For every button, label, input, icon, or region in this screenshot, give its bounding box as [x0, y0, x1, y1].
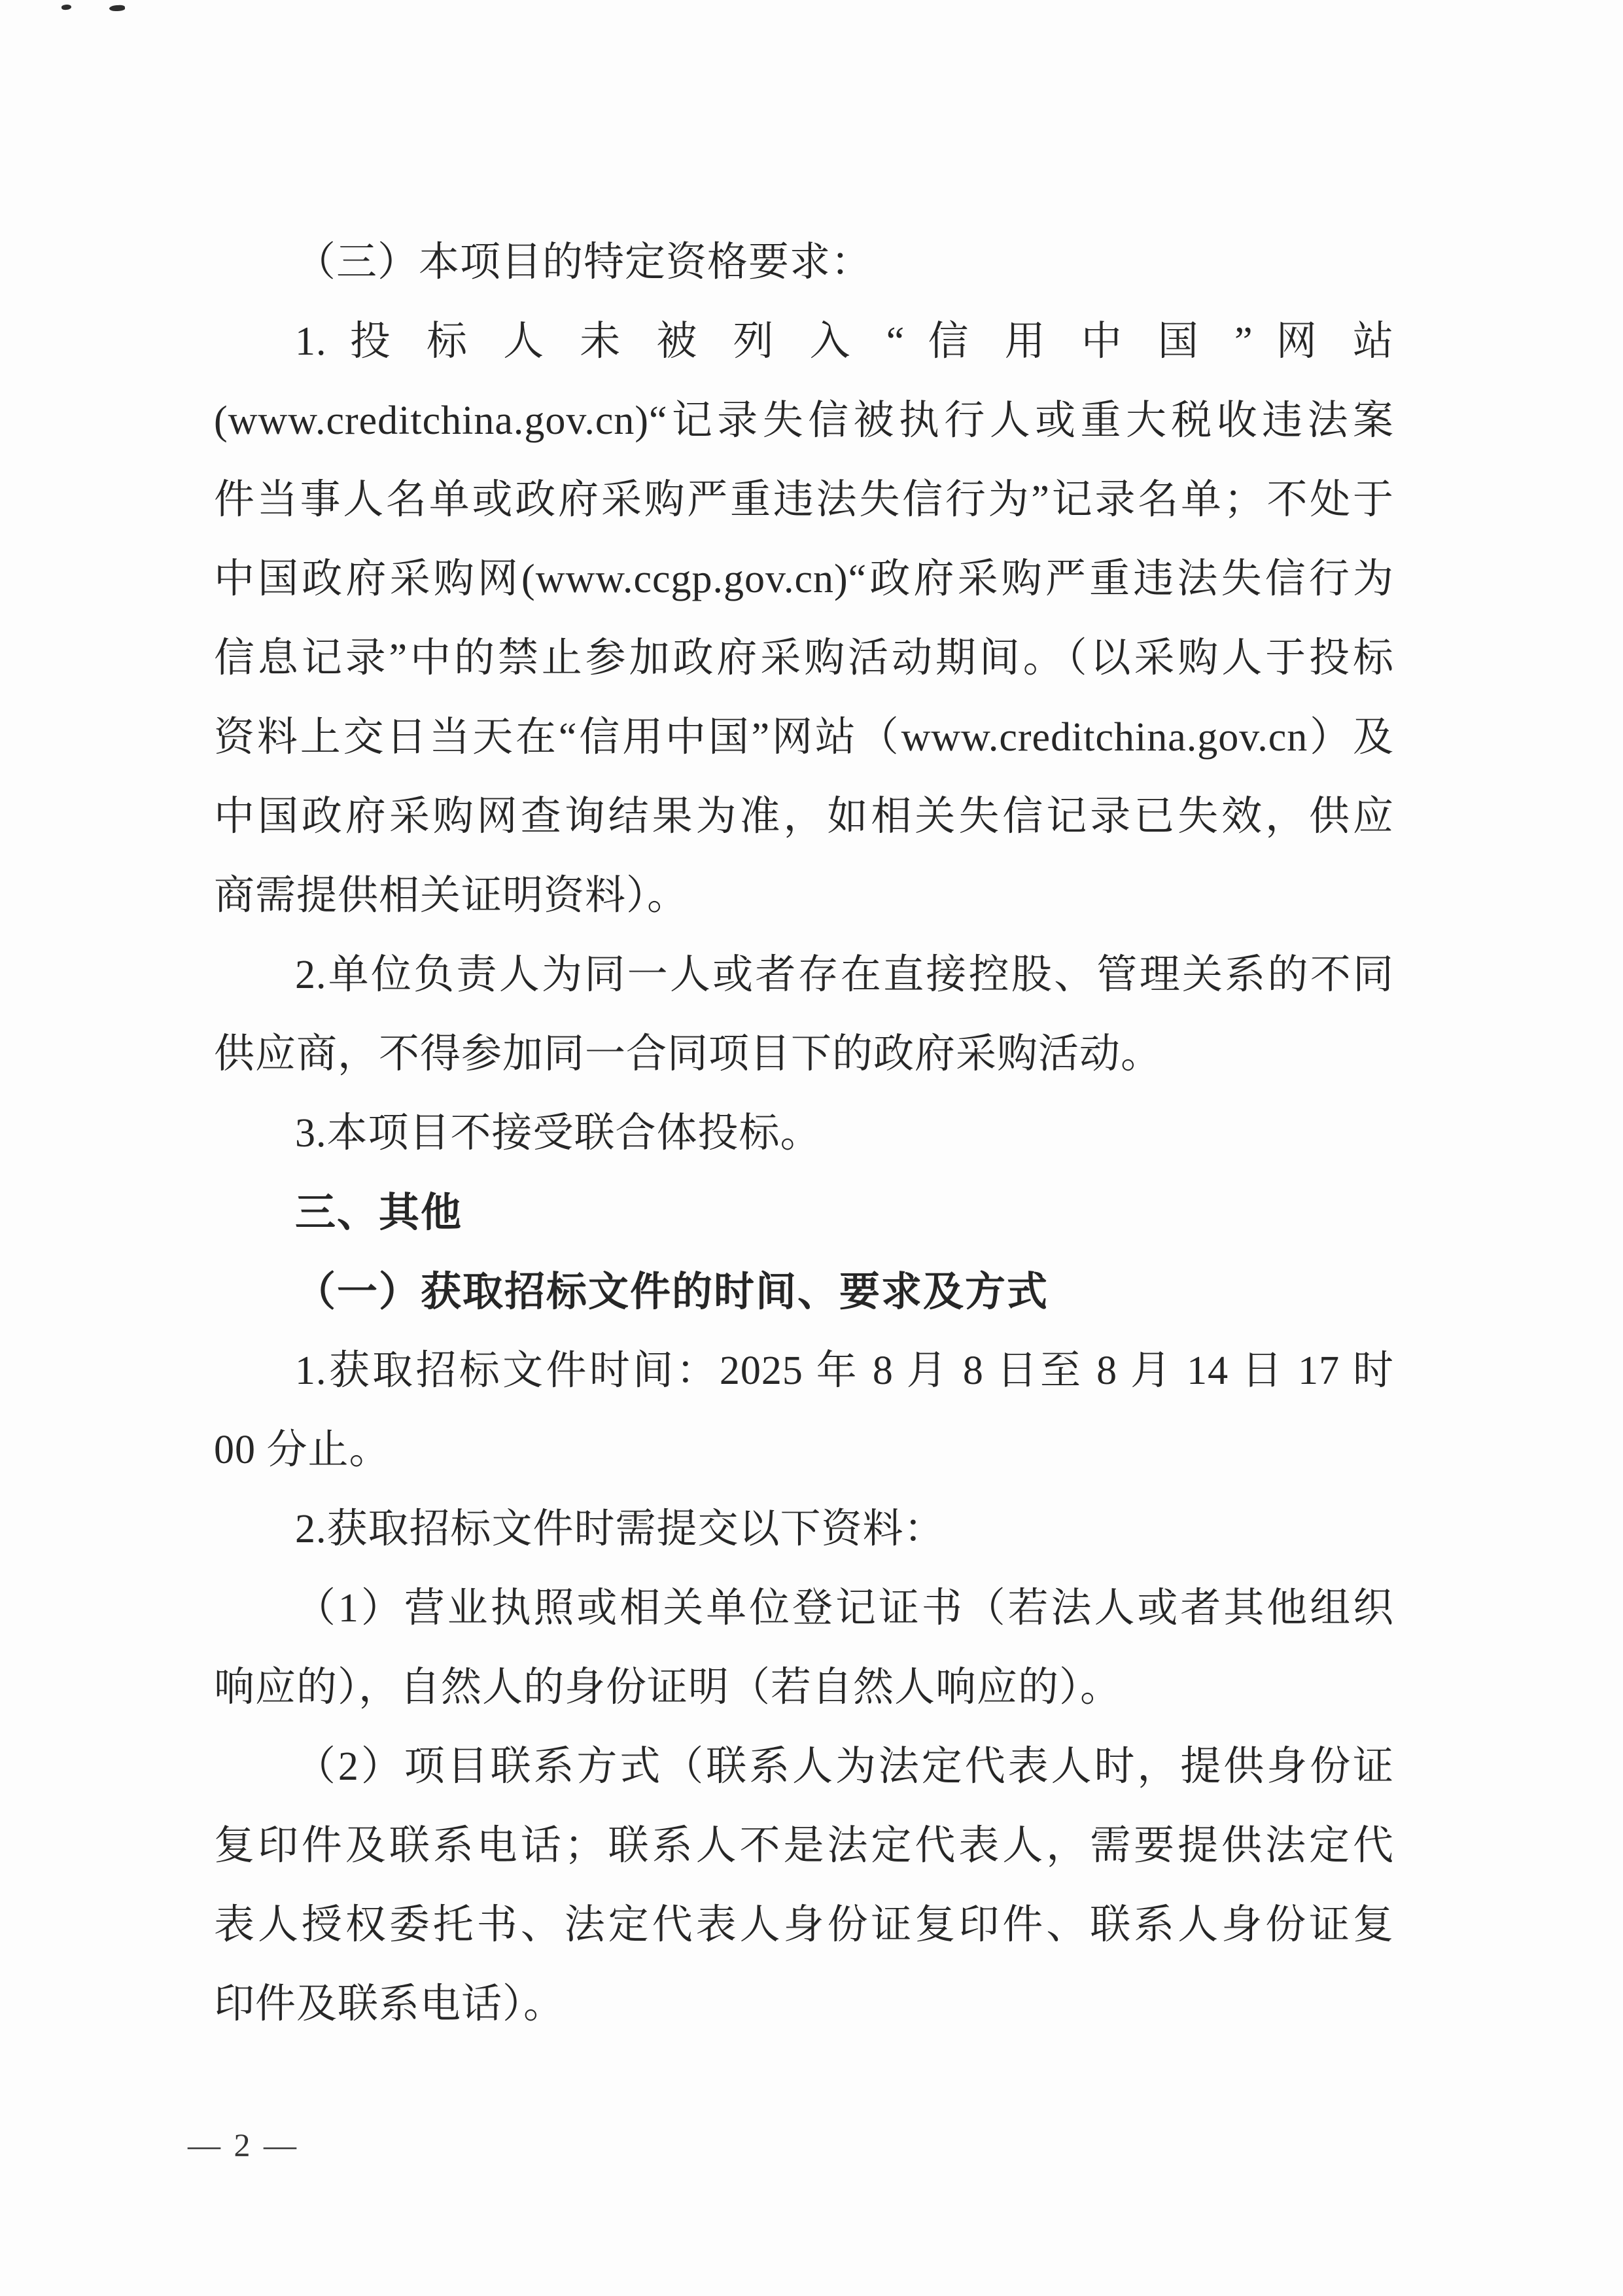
doc-line: 中国政府采购网(www.ccgp.gov.cn)“政府采购严重违法失信行为 [214, 540, 1394, 619]
doc-line: （2）项目联系方式（联系人为法定代表人时，提供身份证 [214, 1727, 1394, 1807]
doc-line: （1）营业执照或相关单位登记证书（若法人或者其他组织 [214, 1569, 1394, 1648]
doc-line: 响应的），自然人的身份证明（若自然人响应的）。 [214, 1648, 1394, 1727]
doc-line: 供应商，不得参加同一合同项目下的政府采购活动。 [214, 1015, 1394, 1094]
section-heading: 三、其他 [214, 1173, 1394, 1252]
doc-line: 件当事人名单或政府采购严重违法失信行为”记录名单；不处于 [214, 461, 1394, 540]
scan-artifact-icon [61, 4, 72, 10]
doc-line: 中国政府采购网查询结果为准，如相关失信记录已失效，供应 [214, 777, 1394, 857]
section-heading: （一）获取招标文件的时间、要求及方式 [214, 1252, 1394, 1332]
doc-line: (www.creditchina.gov.cn)“记录失信被执行人或重大税收违法… [214, 381, 1394, 461]
doc-line: 表人授权委托书、法定代表人身份证复印件、联系人身份证复 [214, 1886, 1394, 1965]
doc-line: （三）本项目的特定资格要求： [214, 223, 1394, 302]
doc-line: 复印件及联系电话；联系人不是法定代表人，需要提供法定代 [214, 1807, 1394, 1886]
doc-line: 印件及联系电话）。 [214, 1965, 1394, 2044]
doc-line: 资料上交日当天在“信用中国”网站（www.creditchina.gov.cn）… [214, 698, 1394, 777]
doc-line: 2.获取招标文件时需提交以下资料： [214, 1490, 1394, 1569]
document-body: （三）本项目的特定资格要求： 1. 投 标 人 未 被 列 入 “ 信 用 中 … [214, 223, 1394, 2044]
doc-line: 3.本项目不接受联合体投标。 [214, 1094, 1394, 1173]
doc-line: 商需提供相关证明资料）。 [214, 857, 1394, 936]
doc-line: 2.单位负责人为同一人或者存在直接控股、管理关系的不同 [214, 936, 1394, 1015]
page-number: — 2 — [188, 2125, 299, 2164]
scan-artifact-icon [109, 5, 126, 12]
doc-line: 00 分止。 [214, 1411, 1394, 1490]
doc-line: 1. 投 标 人 未 被 列 入 “ 信 用 中 国 ” 网 站 [214, 302, 1394, 381]
doc-line: 信息记录”中的禁止参加政府采购活动期间。（以采购人于投标 [214, 619, 1394, 698]
scanned-document-page: （三）本项目的特定资格要求： 1. 投 标 人 未 被 列 入 “ 信 用 中 … [0, 0, 1623, 2296]
doc-line: 1.获取招标文件时间：2025 年 8 月 8 日至 8 月 14 日 17 时 [214, 1332, 1394, 1411]
